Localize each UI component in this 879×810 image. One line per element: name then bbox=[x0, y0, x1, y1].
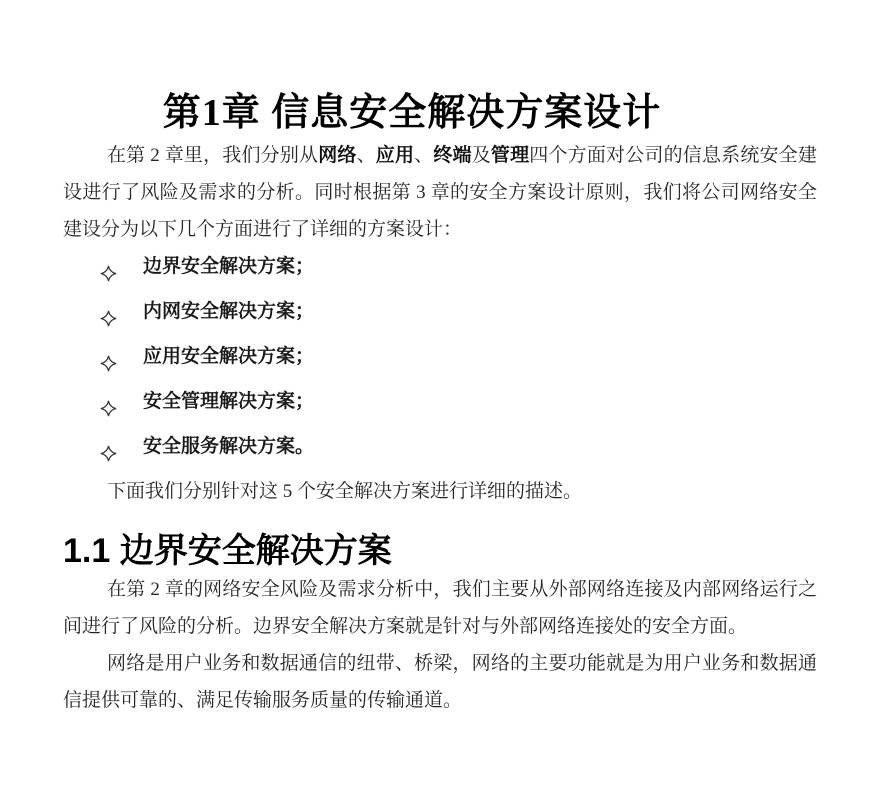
separator: 、 bbox=[357, 145, 376, 166]
bold-term-network: 网络 bbox=[318, 145, 356, 166]
list-item-label: 安全服务解决方案。 bbox=[143, 436, 314, 457]
list-item-label: 应用安全解决方案； bbox=[143, 346, 314, 367]
list-item-border-security: 边界安全解决方案； bbox=[63, 248, 817, 285]
section1-paragraph-2: 网络是用户业务和数据通信的纽带、桥梁，网络的主要功能就是为用户业务和数据通信提供… bbox=[63, 645, 817, 719]
star-bullet-icon bbox=[100, 303, 117, 320]
bold-term-terminal: 终端 bbox=[433, 145, 471, 166]
document-content: 第1章 信息安全解决方案设计 在第 2 章里，我们分别从网络、应用、终端及管理四… bbox=[63, 89, 817, 719]
star-bullet-icon bbox=[100, 393, 117, 410]
bold-term-management: 管理 bbox=[491, 145, 529, 166]
list-item-label: 边界安全解决方案； bbox=[143, 256, 314, 277]
list-item-intranet-security: 内网安全解决方案； bbox=[63, 293, 817, 330]
separator: 、 bbox=[414, 145, 433, 166]
document-page: 第1章 信息安全解决方案设计 在第 2 章里，我们分别从网络、应用、终端及管理四… bbox=[0, 0, 879, 810]
star-bullet-icon bbox=[100, 348, 117, 365]
list-item-label: 安全管理解决方案； bbox=[143, 391, 314, 412]
transition-paragraph: 下面我们分别针对这 5 个安全解决方案进行详细的描述。 bbox=[63, 473, 817, 510]
section1-paragraph-1: 在第 2 章的网络安全风险及需求分析中，我们主要从外部网络连接及内部网络运行之间… bbox=[63, 571, 817, 645]
star-bullet-icon bbox=[100, 258, 117, 275]
intro-text: 在第 2 章里，我们分别从 bbox=[107, 145, 318, 166]
separator: 及 bbox=[472, 145, 491, 166]
section-heading-1-1: 1.1 边界安全解决方案 bbox=[63, 531, 817, 571]
list-item-security-management: 安全管理解决方案； bbox=[63, 383, 817, 420]
list-item-security-service: 安全服务解决方案。 bbox=[63, 428, 817, 465]
intro-paragraph: 在第 2 章里，我们分别从网络、应用、终端及管理四个方面对公司的信息系统安全建设… bbox=[63, 137, 817, 248]
chapter-title: 第1章 信息安全解决方案设计 bbox=[63, 89, 761, 137]
list-item-application-security: 应用安全解决方案； bbox=[63, 338, 817, 375]
solution-list: 边界安全解决方案； 内网安全解决方案； 应用安全解决方案； bbox=[63, 248, 817, 465]
list-item-label: 内网安全解决方案； bbox=[143, 301, 314, 322]
star-bullet-icon bbox=[100, 438, 117, 455]
bold-term-application: 应用 bbox=[376, 145, 414, 166]
